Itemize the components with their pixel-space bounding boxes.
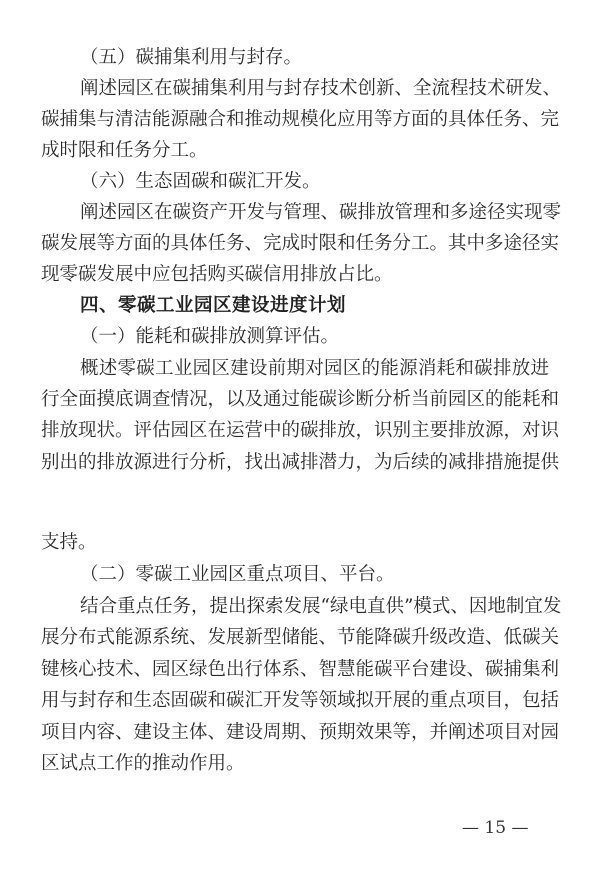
paragraph-line: 碳捕集与清洁能源融合和推动规模化应用等方面的具体任务、完 <box>41 105 549 135</box>
paragraph-line: 概述零碳工业园区建设前期对园区的能源消耗和碳排放进 <box>80 354 549 384</box>
chapter-heading-4: 四、零碳工业园区建设进度计划 <box>80 291 549 321</box>
paragraph-line: 区试点工作的推动作用。 <box>41 749 549 779</box>
document-page: （五）碳捕集利用与封存。 阐述园区在碳捕集利用与封存技术创新、全流程技术研发、 … <box>0 0 590 870</box>
paragraph-line: 展分布式能源系统、发展新型储能、节能降碳升级改造、低碳关 <box>41 623 549 653</box>
paragraph-line: 用与封存和生态固碳和碳汇开发等领域拟开展的重点项目，包括 <box>41 686 549 716</box>
paragraph-line: 别出的排放源进行分析，找出减排潜力，为后续的减排措施提供 <box>41 448 549 478</box>
section-heading-1: （一）能耗和碳排放测算评估。 <box>80 322 549 352</box>
section-heading-5: （五）碳捕集利用与封存。 <box>80 43 549 73</box>
section-heading-2: （二）零碳工业园区重点项目、平台。 <box>80 560 549 590</box>
paragraph-line: 项目内容、建设主体、建设周期、预期效果等，并阐述项目对园 <box>41 718 549 748</box>
paragraph-line: 碳发展等方面的具体任务、完成时限和任务分工。其中多途径实 <box>41 229 549 259</box>
paragraph-line: 键核心技术、园区绿色出行体系、智慧能碳平台建设、碳捕集利 <box>41 655 549 685</box>
paragraph-line: 阐述园区在碳捕集利用与封存技术创新、全流程技术研发、 <box>80 74 549 104</box>
page-number: — 15 — <box>462 816 528 840</box>
paragraph-line: 结合重点任务，提出探索发展“绿电直供”模式、因地制宜发 <box>80 592 549 622</box>
paragraph-line: 成时限和任务分工。 <box>41 136 549 166</box>
paragraph-line: 支持。 <box>41 528 549 558</box>
paragraph-line: 现零碳发展中应包括购买碳信用排放占比。 <box>41 260 549 290</box>
paragraph-line: 排放现状。评估园区在运营中的碳排放，识别主要排放源，对识 <box>41 416 549 446</box>
paragraph-line: 行全面摸底调查情况，以及通过能碳诊断分析当前园区的能耗和 <box>41 385 549 415</box>
paragraph-line: 阐述园区在碳资产开发与管理、碳排放管理和多途径实现零 <box>80 198 549 228</box>
section-heading-6: （六）生态固碳和碳汇开发。 <box>80 167 549 197</box>
